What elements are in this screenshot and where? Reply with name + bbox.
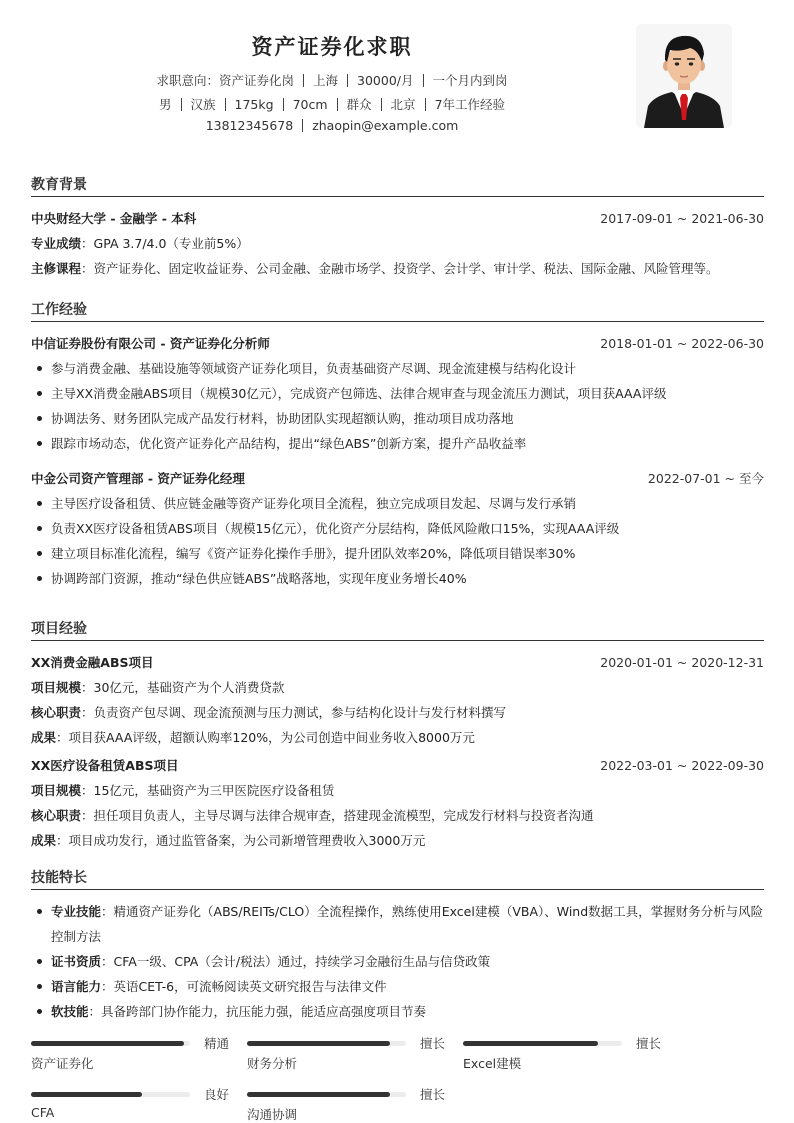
projects-section-title: 项目经验 [31,617,764,641]
project-name: XX消费金融ABS项目 [31,655,153,670]
job-bullet: 跟踪市场动态，优化资产证券化产品结构，提出“绿色ABS”创新方案，提升产品收益率 [31,431,764,456]
personal-info-line: 男汉族175kg70cm群众北京7年工作经验 [0,95,664,113]
job-date: 2018-01-01 ~ 2022-06-30 [600,331,764,356]
courses-row: 主修课程：资产证券化、固定收益证券、公司金融、金融市场学、投资学、会计学、审计学… [31,256,764,281]
skill-progress-fill [463,1041,598,1046]
job-bullet: 协调跨部门资源，推动“绿色供应链ABS”战略落地，实现年度业务增长40% [31,566,764,591]
gpa-row: 专业成绩：GPA 3.7/4.0（专业前5%） [31,231,764,256]
project-duty-label: 核心职责 [31,808,81,823]
skill-level: 擅长 [420,1085,445,1103]
school-degree: 中央财经大学 - 金融学 - 本科 [31,211,196,226]
weight: 175kg [235,97,274,112]
project-name: XX医疗设备租赁ABS项目 [31,758,178,773]
project-result-label: 成果 [31,833,56,848]
education-section-title: 教育背景 [31,173,764,197]
height: 70cm [293,97,328,112]
job-company-title: 中信证券股份有限公司 - 资产证券化分析师 [31,336,270,351]
skill-bullet-label: 软技能 [51,1004,89,1019]
divider [303,74,304,87]
skill-bullet-label: 专业技能 [51,904,101,919]
job-intent: 求职意向：资产证券化岗 [156,73,294,88]
divider [337,98,338,111]
job-bullet: 协调法务、财务团队完成产品发行材料，协助团队实现超额认购，推动项目成功落地 [31,406,764,431]
avatar [636,24,732,128]
gpa-label: 专业成绩 [31,236,81,251]
job-bullet: 建立项目标准化流程，编写《资产证券化操作手册》，提升团队效率20%，降低项目错误… [31,541,764,566]
skill-bullet-label: 语言能力 [51,979,101,994]
skill-bar-item: 良好 CFA [31,1087,231,1123]
project-scale-row: 项目规模：30亿元，基础资产为个人消费贷款 [31,675,764,700]
skill-progress-bar [247,1041,406,1046]
skill-name: CFA [31,1105,54,1120]
divider [381,98,382,111]
skills-section: 技能特长 专业技能：精通资产证券化（ABS/REITs/CLO）全流程操作，熟练… [31,866,764,1024]
project-scale-value: ：15亿元，基础资产为三甲医院医疗设备租赁 [81,783,334,798]
gender: 男 [159,97,172,112]
skill-bar-item: 擅长 Excel建模 [463,1036,663,1076]
divider [425,98,426,111]
skill-bar-item: 擅长 财务分析 [247,1036,447,1076]
skill-name: 资产证券化 [31,1054,94,1072]
project-duty-row: 核心职责：负责资产包尽调、现金流预测与压力测试，参与结构化设计与发行材料撰写 [31,700,764,725]
email: zhaopin@example.com [312,118,458,133]
political-status: 群众 [347,97,372,112]
skill-progress-bar [463,1041,622,1046]
job-bullet: 负责XX医疗设备租赁ABS项目（规模15亿元），优化资产分层结构，降低风险敞口1… [31,516,764,541]
skill-bullet-text: ：英语CET-6，可流畅阅读英文研究报告与法律文件 [101,979,387,994]
project-heading: XX消费金融ABS项目 2020-01-01 ~ 2020-12-31 [31,650,764,675]
project-result-value: ：项目获AAA评级，超额认购率120%，为公司创造中间业务收入8000万元 [56,730,475,745]
project-duty-label: 核心职责 [31,705,81,720]
skill-bullet-text: ：精通资产证券化（ABS/REITs/CLO）全流程操作，熟练使用Excel建模… [51,904,763,944]
job-company-title: 中金公司资产管理部 - 资产证券化经理 [31,471,245,486]
experience-years: 7年工作经验 [435,97,505,112]
skill-level: 擅长 [636,1034,661,1052]
skills-section-title: 技能特长 [31,866,764,890]
project-duty-value: ：负责资产包尽调、现金流预测与压力测试，参与结构化设计与发行材料撰写 [81,705,506,720]
hometown: 北京 [391,97,416,112]
skill-bullet: 专业技能：精通资产证券化（ABS/REITs/CLO）全流程操作，熟练使用Exc… [31,899,764,949]
project-scale-row: 项目规模：15亿元，基础资产为三甲医院医疗设备租赁 [31,778,764,803]
job-date: 2022-07-01 ~ 至今 [648,466,764,491]
job-bullet: 主导XX消费金融ABS项目（规模30亿元），完成资产包筛选、法律合规审查与现金流… [31,381,764,406]
project-date: 2022-03-01 ~ 2022-09-30 [600,753,764,778]
education-entry-heading: 中央财经大学 - 金融学 - 本科 2017-09-01 ~ 2021-06-3… [31,206,764,231]
skill-level: 良好 [204,1085,229,1103]
project-heading: XX医疗设备租赁ABS项目 2022-03-01 ~ 2022-09-30 [31,753,764,778]
divider [302,119,303,132]
job-intent-line: 求职意向：资产证券化岗上海30000/月一个月内到岗 [0,71,664,89]
project-date: 2020-01-01 ~ 2020-12-31 [600,650,764,675]
skill-bar-item: 精通 资产证券化 [31,1036,231,1076]
job-bullet: 参与消费金融、基础设施等领域资产证券化项目，负责基础资产尽调、现金流建模与结构化… [31,356,764,381]
work-section: 工作经验 中信证券股份有限公司 - 资产证券化分析师 2018-01-01 ~ … [31,298,764,591]
contact-line: 13812345678zhaopin@example.com [0,118,664,133]
project-result-value: ：项目成功发行，通过监管备案，为公司新增管理费收入3000万元 [56,833,425,848]
skill-progress-bar [31,1092,190,1097]
education-section: 教育背景 中央财经大学 - 金融学 - 本科 2017-09-01 ~ 2021… [31,173,764,281]
skill-bullet-label: 证书资质 [51,954,101,969]
salary: 30000/月 [357,73,413,88]
skill-name: 沟通协调 [247,1105,297,1123]
job-heading: 中金公司资产管理部 - 资产证券化经理 2022-07-01 ~ 至今 [31,466,764,491]
job-bullet: 主导医疗设备租赁、供应链金融等资产证券化项目全流程，独立完成项目发起、尽调与发行… [31,491,764,516]
skill-bullet: 证书资质：CFA一级、CPA（会计/税法）通过，持续学习金融衍生品与信贷政策 [31,949,764,974]
divider [423,74,424,87]
work-section-title: 工作经验 [31,298,764,322]
resume-header: 资产证券化求职 求职意向：资产证券化岗上海30000/月一个月内到岗 男汉族17… [0,0,794,150]
skill-bullet: 语言能力：英语CET-6，可流畅阅读英文研究报告与法律文件 [31,974,764,999]
skills-bullets: 专业技能：精通资产证券化（ABS/REITs/CLO）全流程操作，熟练使用Exc… [31,899,764,1024]
skill-bar-item: 擅长 沟通协调 [247,1087,447,1123]
divider [283,98,284,111]
project-result-row: 成果：项目获AAA评级，超额认购率120%，为公司创造中间业务收入8000万元 [31,725,764,750]
project-scale-label: 项目规模 [31,680,81,695]
skill-progress-fill [31,1092,142,1097]
ethnicity: 汉族 [191,97,216,112]
skill-progress-fill [31,1041,184,1046]
skill-name: Excel建模 [463,1054,521,1072]
skill-level: 擅长 [420,1034,445,1052]
skill-progress-bar [247,1092,406,1097]
avatar-photo-icon [636,24,732,128]
resume-page: 资产证券化求职 求职意向：资产证券化岗上海30000/月一个月内到岗 男汉族17… [0,0,794,1123]
job-bullets: 主导医疗设备租赁、供应链金融等资产证券化项目全流程，独立完成项目发起、尽调与发行… [31,491,764,591]
skill-bullet-text: ：具备跨部门协作能力，抗压能力强，能适应高强度项目节奏 [89,1004,427,1019]
skill-bullet-text: ：CFA一级、CPA（会计/税法）通过，持续学习金融衍生品与信贷政策 [101,954,490,969]
resume-title: 资产证券化求职 [0,31,664,61]
skill-progress-bar [31,1041,190,1046]
job-bullets: 参与消费金融、基础设施等领域资产证券化项目，负责基础资产尽调、现金流建模与结构化… [31,356,764,456]
phone: 13812345678 [206,118,293,133]
skill-level: 精通 [204,1034,229,1052]
gpa-value: ：GPA 3.7/4.0（专业前5%） [81,236,249,251]
education-date: 2017-09-01 ~ 2021-06-30 [600,206,764,231]
divider [181,98,182,111]
courses-label: 主修课程 [31,261,81,276]
skill-name: 财务分析 [247,1054,297,1072]
courses-value: ：资产证券化、固定收益证券、公司金融、金融市场学、投资学、会计学、审计学、税法、… [81,261,719,276]
project-scale-label: 项目规模 [31,783,81,798]
divider [225,98,226,111]
location: 上海 [313,73,338,88]
divider [347,74,348,87]
project-duty-row: 核心职责：担任项目负责人，主导尽调与法律合规审查，搭建现金流模型，完成发行材料与… [31,803,764,828]
skill-bullet: 软技能：具备跨部门协作能力，抗压能力强，能适应高强度项目节奏 [31,999,764,1024]
project-duty-value: ：担任项目负责人，主导尽调与法律合规审查，搭建现金流模型，完成发行材料与投资者沟… [81,808,594,823]
job-heading: 中信证券股份有限公司 - 资产证券化分析师 2018-01-01 ~ 2022-… [31,331,764,356]
skill-progress-fill [247,1041,390,1046]
projects-section: 项目经验 XX消费金融ABS项目 2020-01-01 ~ 2020-12-31… [31,617,764,853]
project-scale-value: ：30亿元，基础资产为个人消费贷款 [81,680,284,695]
availability: 一个月内到岗 [433,73,508,88]
skill-progress-fill [247,1092,390,1097]
project-result-row: 成果：项目成功发行，通过监管备案，为公司新增管理费收入3000万元 [31,828,764,853]
project-result-label: 成果 [31,730,56,745]
